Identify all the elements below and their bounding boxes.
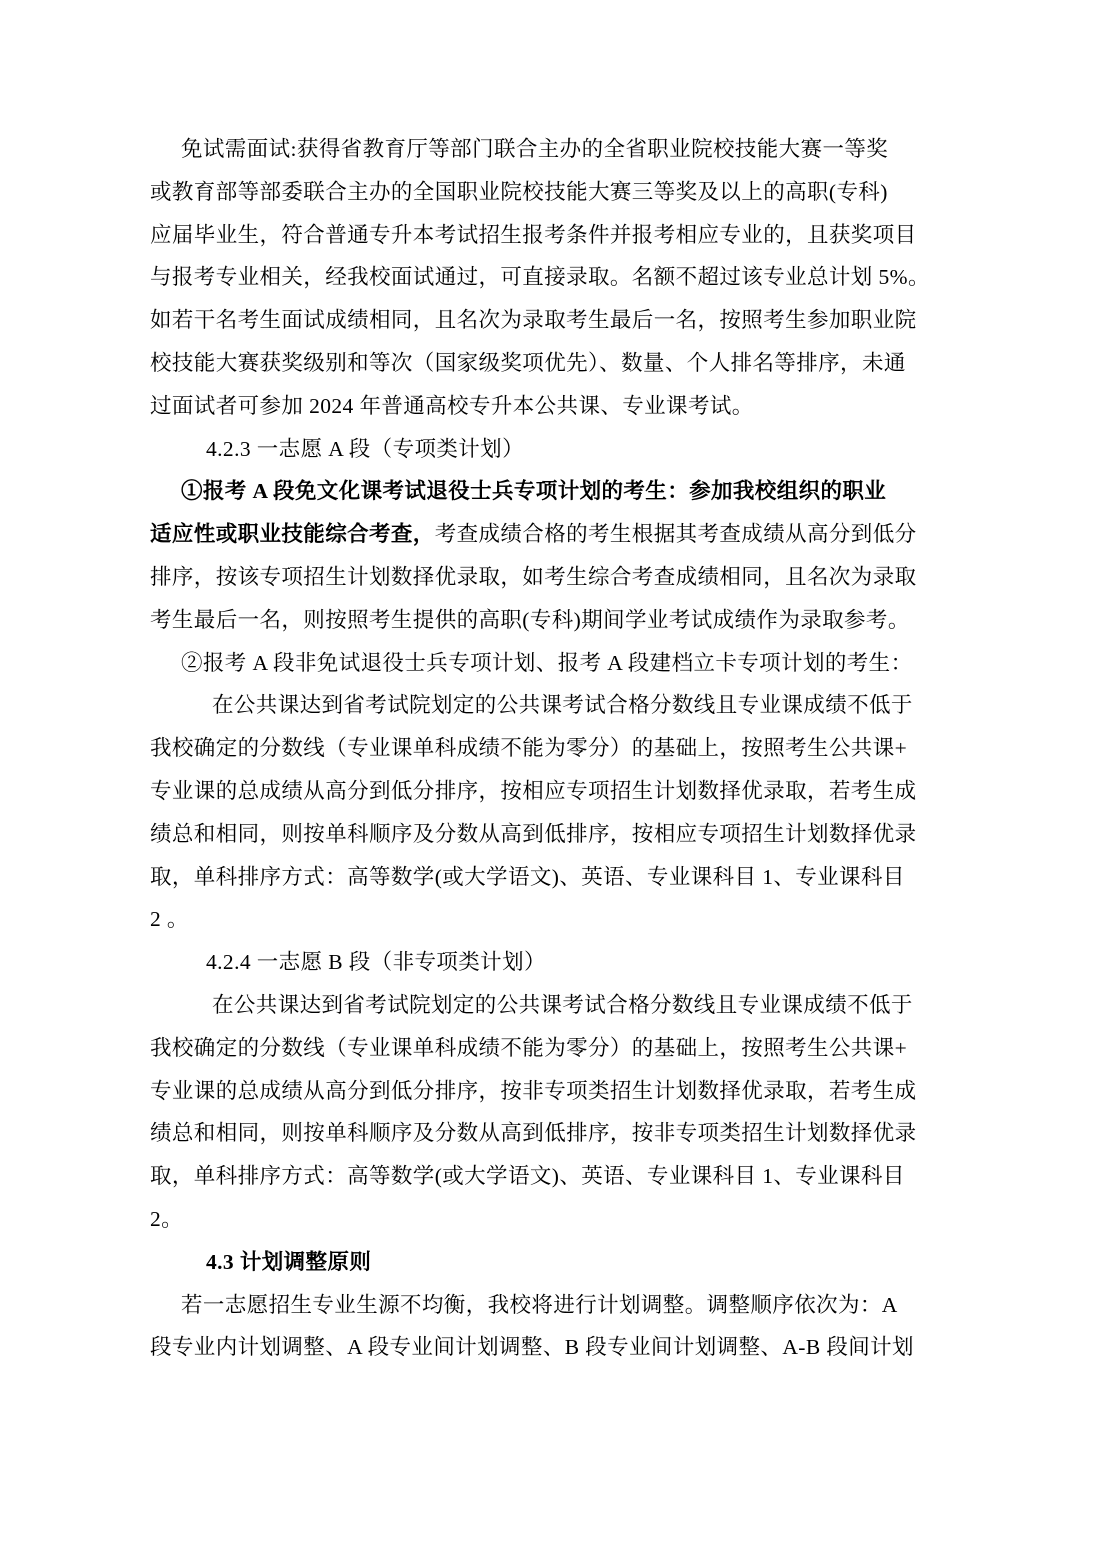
section-heading: 4.2.4 一志愿 B 段（非专项类计划） [150,941,960,984]
text-line: 校技能大赛获奖级别和等次（国家级奖项优先）、数量、个人排名等排序，未通 [150,342,960,385]
text-line: 免试需面试:获得省教育厅等部门联合主办的全省职业院校技能大赛一等奖 [150,128,960,171]
text-segment: 考查成绩合格的考生根据其考查成绩从高分到低分 [435,522,917,546]
text-segment: 绩总和相同，则按单科顺序及分数从高到低排序，按非专项类招生计划数择优录 [150,1121,917,1145]
text-segment: 我校确定的分数线（专业课单科成绩不能为零分）的基础上，按照考生公共课+ [150,736,907,760]
text-line: 或教育部等部委联合主办的全国职业院校技能大赛三等奖及以上的高职(专科) [150,171,960,214]
text-segment: 专业课的总成绩从高分到低分排序，按相应专项招生计划数择优录取，若考生成 [150,779,917,803]
text-line: 段专业内计划调整、A 段专业间计划调整、B 段专业间计划调整、A-B 段间计划 [150,1326,960,1369]
text-segment: 4.2.3 一志愿 A 段（专项类计划） [206,437,524,461]
text-line: 与报考专业相关，经我校面试通过，可直接录取。名额不超过该专业总计划 5%。 [150,256,960,299]
text-line: 排序，按该专项招生计划数择优录取，如考生综合考查成绩相同，且名次为录取 [150,556,960,599]
bold-text-segment: 适应性或职业技能综合考查， [150,522,435,546]
text-line: 考生最后一名，则按照考生提供的高职(专科)期间学业考试成绩作为录取参考。 [150,599,960,642]
text-line: 绩总和相同，则按单科顺序及分数从高到低排序，按相应专项招生计划数择优录 [150,813,960,856]
text-segment: 在公共课达到省考试院划定的公共课考试合格分数线且专业课成绩不低于 [212,993,913,1017]
text-segment: 2 。 [150,907,189,931]
text-segment: 校技能大赛获奖级别和等次（国家级奖项优先）、数量、个人排名等排序，未通 [150,351,906,375]
text-line: 专业课的总成绩从高分到低分排序，按相应专项招生计划数择优录取，若考生成 [150,770,960,813]
text-line: 过面试者可参加 2024 年普通高校专升本公共课、专业课考试。 [150,385,960,428]
text-line: 应届毕业生，符合普通专升本考试招生报考条件并报考相应专业的，且获奖项目 [150,214,960,257]
text-line: ①报考 A 段免文化课考试退役士兵专项计划的考生：参加我校组织的职业 [150,470,960,513]
text-segment: 考生最后一名，则按照考生提供的高职(专科)期间学业考试成绩作为录取参考。 [150,608,910,632]
text-line: 如若干名考生面试成绩相同，且名次为录取考生最后一名，按照考生参加职业院 [150,299,960,342]
bold-text-segment: ①报考 A 段免文化课考试退役士兵专项计划的考生：参加我校组织的职业 [181,479,886,503]
text-segment: 在公共课达到省考试院划定的公共课考试合格分数线且专业课成绩不低于 [212,693,913,717]
text-line: 2 。 [150,898,960,941]
section-heading: 4.2.3 一志愿 A 段（专项类计划） [150,428,960,471]
text-line: 绩总和相同，则按单科顺序及分数从高到低排序，按非专项类招生计划数择优录 [150,1112,960,1155]
bold-text-segment: 4.3 计划调整原则 [206,1250,371,1274]
text-line: 在公共课达到省考试院划定的公共课考试合格分数线且专业课成绩不低于 [150,684,960,727]
document-page: 免试需面试:获得省教育厅等部门联合主办的全省职业院校技能大赛一等奖或教育部等部委… [0,0,1102,1559]
text-segment: 应届毕业生，符合普通专升本考试招生报考条件并报考相应专业的，且获奖项目 [150,223,917,247]
text-segment: 专业课的总成绩从高分到低分排序，按非专项类招生计划数择优录取，若考生成 [150,1079,917,1103]
section-heading: 4.3 计划调整原则 [150,1241,960,1284]
text-line: 2。 [150,1198,960,1241]
text-line: 取，单科排序方式：高等数学(或大学语文)、英语、专业课科目 1、专业课科目 [150,856,960,899]
text-segment: 排序，按该专项招生计划数择优录取，如考生综合考查成绩相同，且名次为录取 [150,565,917,589]
text-segment: 4.2.4 一志愿 B 段（非专项类计划） [206,950,546,974]
text-segment: 如若干名考生面试成绩相同，且名次为录取考生最后一名，按照考生参加职业院 [150,308,917,332]
text-line: 适应性或职业技能综合考查，考查成绩合格的考生根据其考查成绩从高分到低分 [150,513,960,556]
text-line: 取，单科排序方式：高等数学(或大学语文)、英语、专业课科目 1、专业课科目 [150,1155,960,1198]
text-segment: 取，单科排序方式：高等数学(或大学语文)、英语、专业课科目 1、专业课科目 [150,865,905,889]
text-line: 我校确定的分数线（专业课单科成绩不能为零分）的基础上，按照考生公共课+ [150,727,960,770]
document-body: 免试需面试:获得省教育厅等部门联合主办的全省职业院校技能大赛一等奖或教育部等部委… [150,128,960,1369]
text-segment: 与报考专业相关，经我校面试通过，可直接录取。名额不超过该专业总计划 5%。 [150,265,930,289]
text-segment: 绩总和相同，则按单科顺序及分数从高到低排序，按相应专项招生计划数择优录 [150,822,917,846]
text-line: 在公共课达到省考试院划定的公共课考试合格分数线且专业课成绩不低于 [150,984,960,1027]
text-segment: 2。 [150,1207,183,1231]
text-line: 若一志愿招生专业生源不均衡，我校将进行计划调整。调整顺序依次为：A [150,1284,960,1327]
text-line: 我校确定的分数线（专业课单科成绩不能为零分）的基础上，按照考生公共课+ [150,1027,960,1070]
text-segment: 过面试者可参加 2024 年普通高校专升本公共课、专业课考试。 [150,394,754,418]
text-segment: 取，单科排序方式：高等数学(或大学语文)、英语、专业课科目 1、专业课科目 [150,1164,905,1188]
text-segment: 或教育部等部委联合主办的全国职业院校技能大赛三等奖及以上的高职(专科) [150,180,888,204]
text-segment: 段专业内计划调整、A 段专业间计划调整、B 段专业间计划调整、A-B 段间计划 [150,1335,914,1359]
text-segment: 免试需面试:获得省教育厅等部门联合主办的全省职业院校技能大赛一等奖 [181,137,888,161]
text-segment: ②报考 A 段非免试退役士兵专项计划、报考 A 段建档立卡专项计划的考生： [181,651,912,675]
text-segment: 我校确定的分数线（专业课单科成绩不能为零分）的基础上，按照考生公共课+ [150,1036,907,1060]
text-segment: 若一志愿招生专业生源不均衡，我校将进行计划调整。调整顺序依次为：A [181,1293,898,1317]
text-line: 专业课的总成绩从高分到低分排序，按非专项类招生计划数择优录取，若考生成 [150,1070,960,1113]
text-line: ②报考 A 段非免试退役士兵专项计划、报考 A 段建档立卡专项计划的考生： [150,642,960,685]
